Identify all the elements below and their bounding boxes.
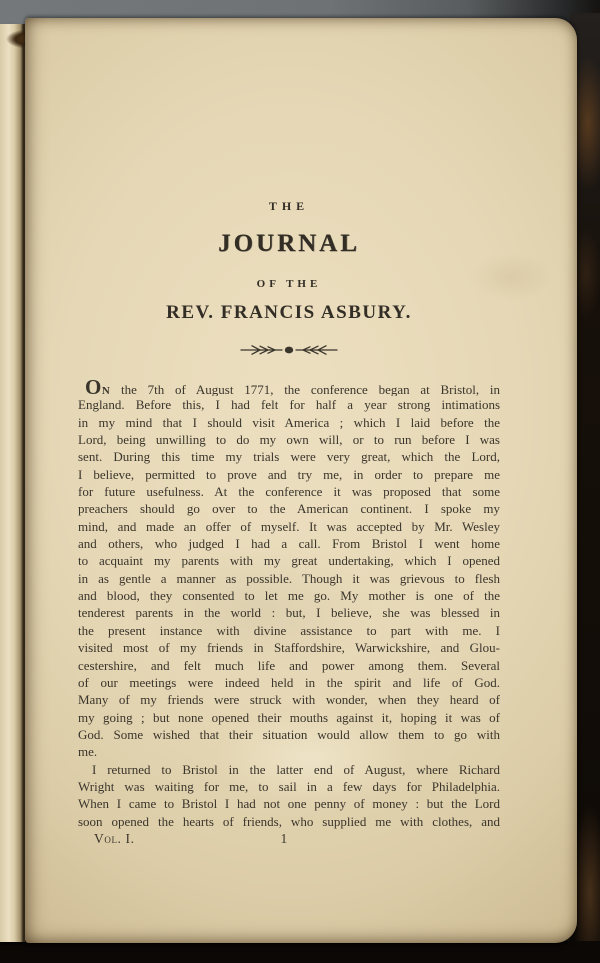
text-line: God. Some wished that their situation wo…	[78, 726, 500, 743]
page-footer: Vol. I. 1	[78, 831, 500, 848]
body-text: ON the 7th of August 1771, the conferenc…	[78, 379, 500, 830]
text-line: my going ; but none opened their mouths …	[78, 709, 500, 726]
text-line: I returned to Bristol in the latter end …	[78, 761, 500, 778]
background-bottom	[0, 941, 600, 963]
text-line: When I came to Bristol I had not one pen…	[78, 795, 500, 812]
paragraph-2: I returned to Bristol in the latter end …	[78, 761, 500, 830]
text-line: me.	[78, 743, 500, 760]
text-line: sent. During this time my trials were ve…	[78, 448, 500, 465]
text-line: Many of my friends were struck with wond…	[78, 691, 500, 708]
drop-cap: O	[85, 379, 102, 396]
text-line: England. Before this, I had felt for hal…	[78, 396, 500, 413]
volume-label: Vol. I.	[94, 831, 135, 847]
text-line: to acquaint my parents with my great und…	[78, 552, 500, 569]
text-line: tenderest parents in the world : but, I …	[78, 604, 500, 621]
text-line: and others, who judged I had a call. Fro…	[78, 535, 500, 552]
book-photo: THE JOURNAL OF THE REV. FRANCIS ASBURY.	[0, 0, 600, 963]
page-content: THE JOURNAL OF THE REV. FRANCIS ASBURY.	[78, 18, 500, 943]
masthead: THE JOURNAL OF THE REV. FRANCIS ASBURY.	[78, 200, 500, 356]
text-line: in my mind that I should visit America ;…	[78, 414, 500, 431]
text-line: I believe, permitted to prove and try me…	[78, 466, 500, 483]
text-line: cestershire, and felt much life and powe…	[78, 657, 500, 674]
text-line: visited most of my friends in Staffordsh…	[78, 639, 500, 656]
text-line: preachers should go over to the American…	[78, 500, 500, 517]
book-page: THE JOURNAL OF THE REV. FRANCIS ASBURY.	[25, 18, 577, 943]
author-name: REV. FRANCIS ASBURY.	[78, 303, 500, 322]
text-line: the present instance with divine assista…	[78, 622, 500, 639]
text-line: soon opened the hearts of friends, who s…	[78, 813, 500, 830]
book-title: JOURNAL	[78, 231, 500, 256]
previous-page-curl	[0, 24, 25, 942]
text-line: Lord, being unwilling to do my own will,…	[78, 431, 500, 448]
text-line: and blood, they consented to let me go. …	[78, 587, 500, 604]
text-line: for future usefulness. At the conference…	[78, 483, 500, 500]
ornament-icon	[239, 344, 339, 356]
text-line: of our meetings were indeed held in the …	[78, 674, 500, 691]
paragraph-1: ON the 7th of August 1771, the conferenc…	[78, 379, 500, 761]
text-line: ON the 7th of August 1771, the conferenc…	[78, 379, 500, 396]
page-number: 1	[281, 831, 288, 847]
masthead-kicker: THE	[78, 200, 500, 212]
text-line: mind, and made an offer of myself. It wa…	[78, 518, 500, 535]
text-line: Wright was waiting for me, to sail in a …	[78, 778, 500, 795]
ornament-row	[78, 344, 500, 356]
text-line: in as gentle a manner as possible. Thoug…	[78, 570, 500, 587]
line-text: the 7th of August 1771, the conference b…	[110, 382, 500, 396]
masthead-subtitle: OF THE	[78, 279, 500, 290]
